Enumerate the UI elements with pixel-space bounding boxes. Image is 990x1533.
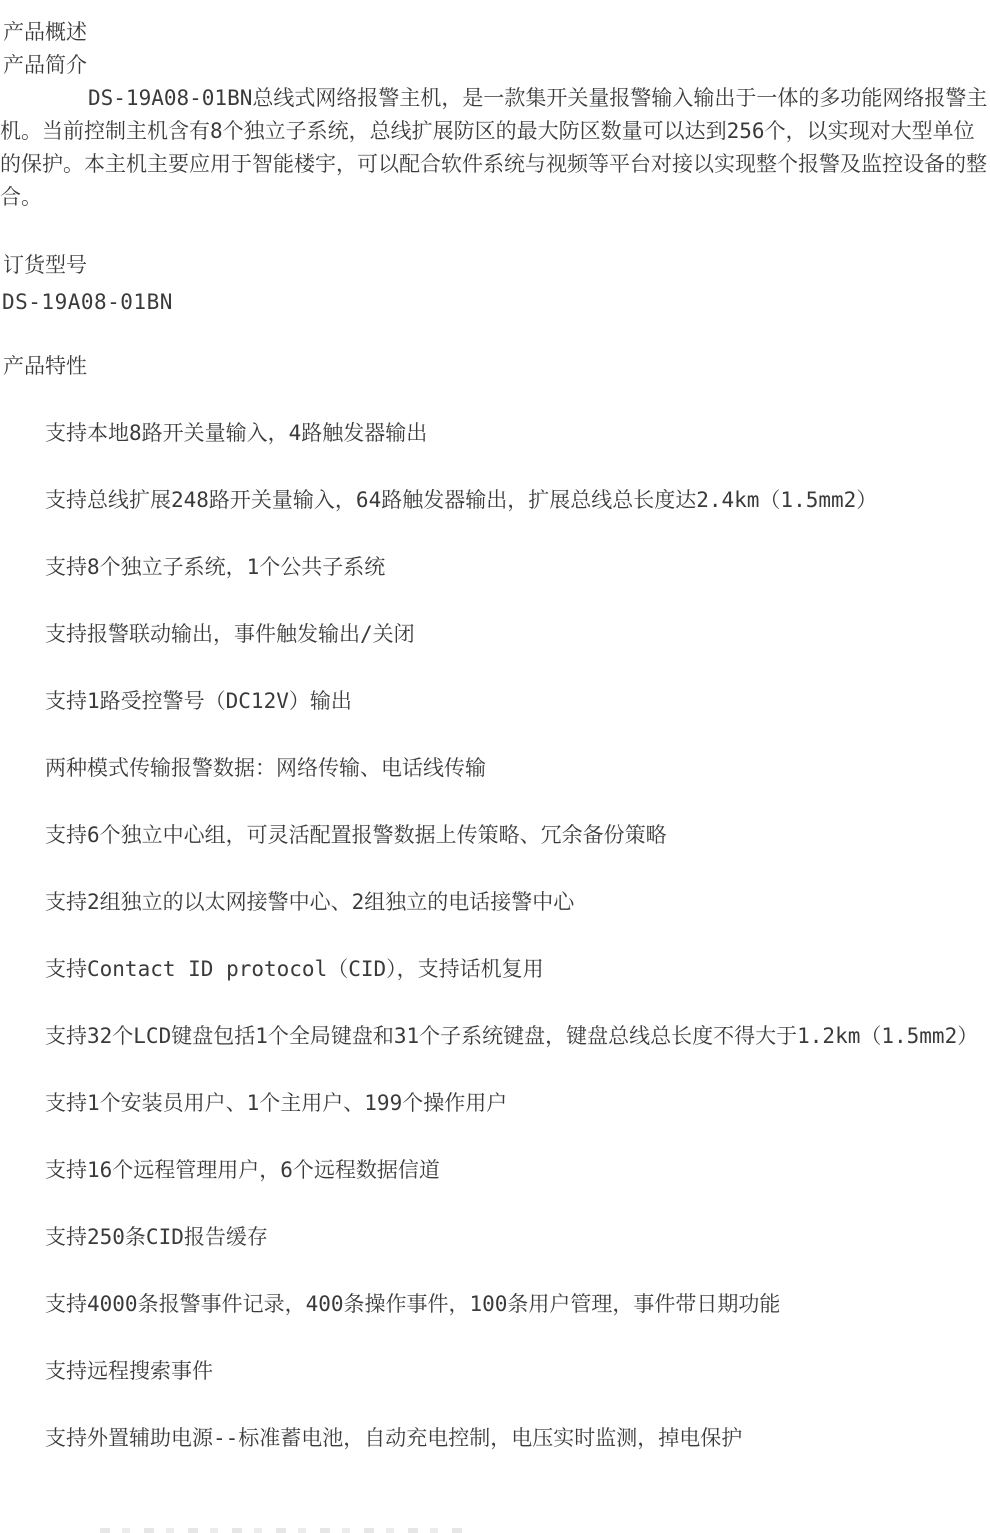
feature-item-users: 支持1个安装员用户、1个主用户、199个操作用户 xyxy=(0,1087,990,1120)
feature-item-remote-users: 支持16个远程管理用户，6个远程数据信道 xyxy=(0,1154,990,1187)
feature-item-cid-protocol: 支持Contact ID protocol（CID），支持话机复用 xyxy=(0,953,990,986)
feature-item-local-io: 支持本地8路开关量输入，4路触发器输出 xyxy=(0,417,990,450)
overview-subheading: 产品简介 xyxy=(0,49,990,82)
feature-item-event-records: 支持4000条报警事件记录，400条操作事件，100条用户管理，事件带日期功能 xyxy=(0,1288,990,1321)
cutoff-text-remnant xyxy=(100,1528,470,1533)
intro-paragraph: DS-19A08-01BN总线式网络报警主机，是一款集开关量报警输入输出于一体的… xyxy=(0,82,990,214)
feature-item-cid-cache: 支持250条CID报告缓存 xyxy=(0,1221,990,1254)
feature-item-transmission-modes: 两种模式传输报警数据：网络传输、电话线传输 xyxy=(0,752,990,785)
feature-item-aux-power: 支持外置辅助电源--标准蓄电池，自动充电控制，电压实时监测，掉电保护 xyxy=(0,1422,990,1455)
feature-item-siren-output: 支持1路受控警号（DC12V）输出 xyxy=(0,685,990,718)
feature-item-remote-search: 支持远程搜索事件 xyxy=(0,1355,990,1388)
feature-item-receiving-centers: 支持2组独立的以太网接警中心、2组独立的电话接警中心 xyxy=(0,886,990,919)
feature-item-lcd-keypads: 支持32个LCD键盘包括1个全局键盘和31个子系统键盘，键盘总线总长度不得大于1… xyxy=(0,1020,990,1053)
features-heading: 产品特性 xyxy=(0,350,990,383)
feature-item-center-groups: 支持6个独立中心组，可灵活配置报警数据上传策略、冗余备份策略 xyxy=(0,819,990,852)
ordering-heading: 订货型号 xyxy=(0,249,990,282)
feature-item-alarm-linkage: 支持报警联动输出，事件触发输出/关闭 xyxy=(0,618,990,651)
ordering-model: DS-19A08-01BN xyxy=(0,286,990,319)
feature-item-subsystems: 支持8个独立子系统，1个公共子系统 xyxy=(0,551,990,584)
feature-item-bus-expansion: 支持总线扩展248路开关量输入，64路触发器输出，扩展总线总长度达2.4km（1… xyxy=(0,484,990,517)
product-spec-document: 产品概述 产品简介 DS-19A08-01BN总线式网络报警主机，是一款集开关量… xyxy=(0,0,990,1533)
overview-heading: 产品概述 xyxy=(0,16,990,49)
